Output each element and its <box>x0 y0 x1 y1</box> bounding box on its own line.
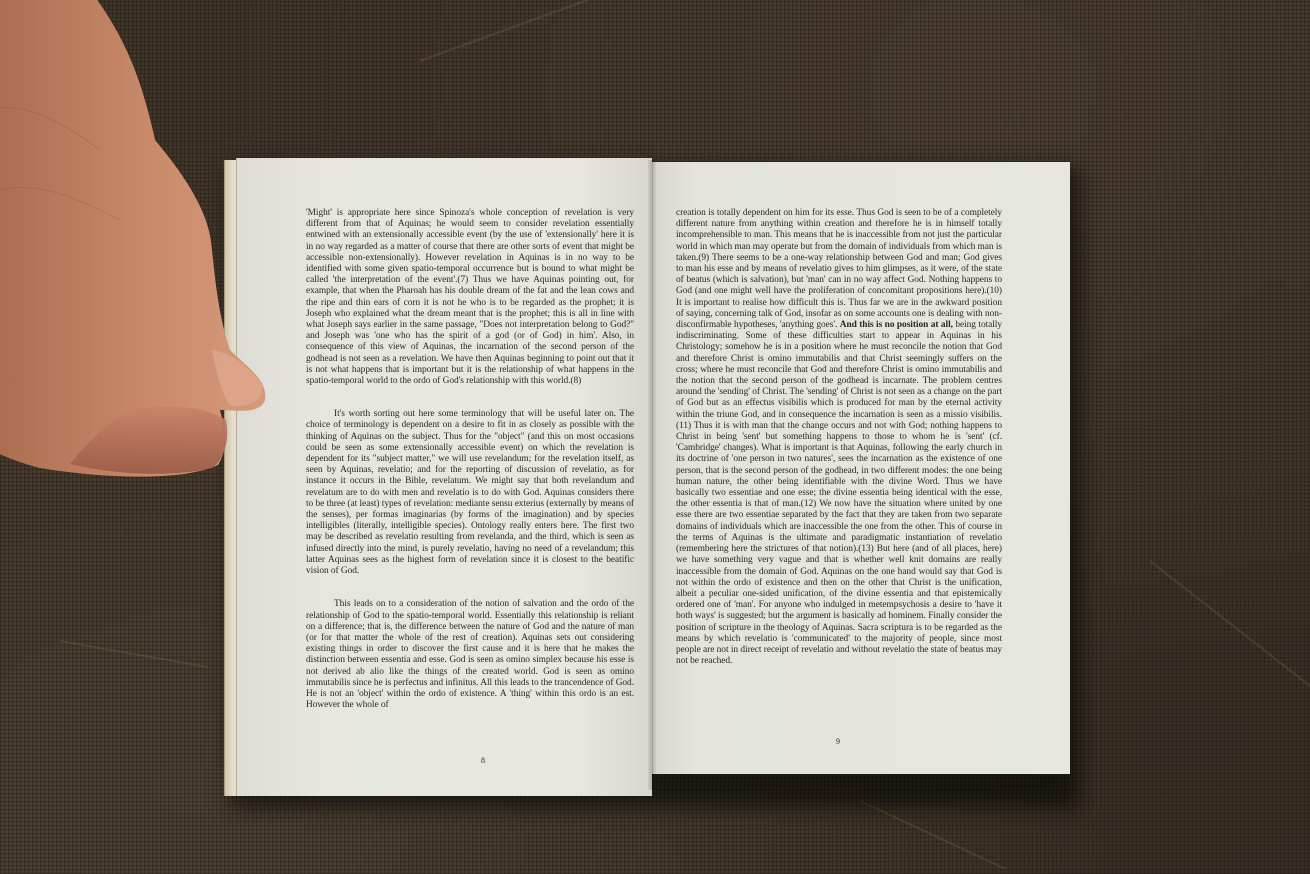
paragraph: This leads on to a consideration of the … <box>306 599 634 711</box>
paragraph: creation is totally dependent on him for… <box>676 208 1002 667</box>
hand-icon <box>0 0 270 480</box>
book-gutter <box>648 160 656 790</box>
bold-text-run: And this is no position at all, <box>840 320 953 330</box>
page-number-left: 8 <box>481 756 485 765</box>
paragraph: It's worth sorting out here some termino… <box>306 409 634 577</box>
surface-streak <box>1149 560 1310 722</box>
surface-streak <box>420 0 590 62</box>
paragraph: 'Might' is appropriate here since Spinoz… <box>306 208 634 387</box>
surface-streak <box>860 800 1006 869</box>
page-number-right: 9 <box>836 737 840 746</box>
right-page-text: creation is totally dependent on him for… <box>676 208 1002 689</box>
surface-streak <box>60 640 208 668</box>
left-page-text: 'Might' is appropriate here since Spinoz… <box>306 208 634 733</box>
text-run: being totally indiscriminating. Some of … <box>676 320 1002 666</box>
text-run: creation is totally dependent on him for… <box>676 208 1002 330</box>
